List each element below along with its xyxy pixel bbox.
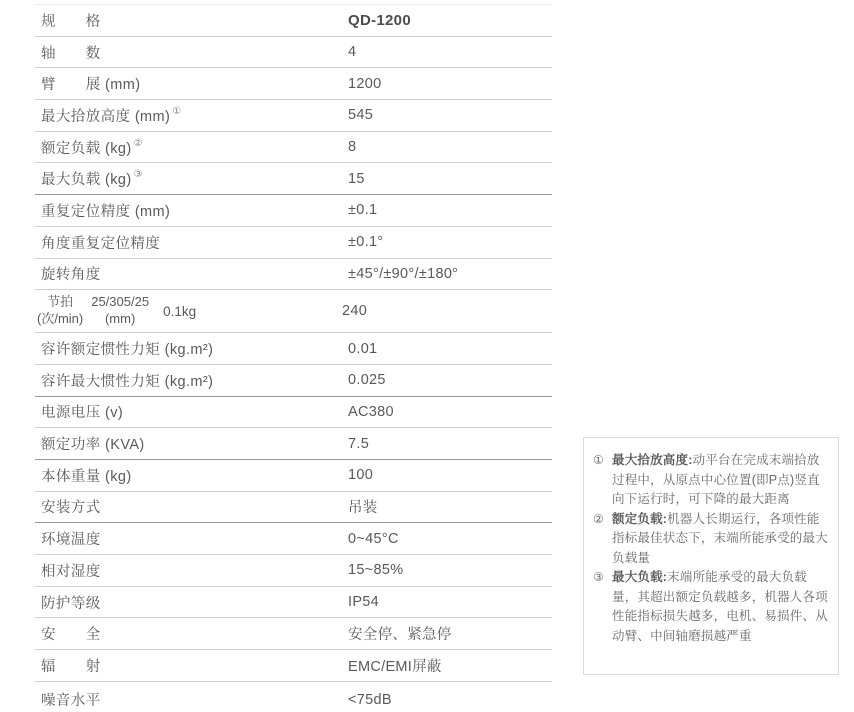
note-item: ③最大负载:末端所能承受的最大负载量，其超出额定负载越多，机器人各项性能指标损失… <box>593 568 830 646</box>
spec-label: 最大负载 (kg)③ <box>35 168 348 189</box>
spec-value: ±0.1° <box>348 234 552 250</box>
table-row: 防护等级IP54 <box>35 587 552 619</box>
table-row: 重复定位精度 (mm)±0.1 <box>35 195 552 227</box>
spec-value: QD-1200 <box>348 12 552 29</box>
spec-label: 轴 数 <box>35 42 348 63</box>
spec-value: ±45°/±90°/±180° <box>348 266 552 282</box>
spec-label: 安 全 <box>35 623 348 644</box>
note-reference-mark: ② <box>134 138 143 149</box>
table-row: 角度重复定位精度±0.1° <box>35 227 552 259</box>
spec-label: 最大拾放高度 (mm)① <box>35 105 348 126</box>
spec-label: 噪音水平 <box>35 689 348 710</box>
cycle-rate-top: 节拍 <box>37 294 83 311</box>
table-row: 旋转角度±45°/±90°/±180° <box>35 259 552 291</box>
table-row: 安 全安全停、紧急停 <box>35 618 552 650</box>
cycle-stroke-top: 25/305/25 <box>91 294 149 311</box>
spec-value: 吊装 <box>348 496 552 517</box>
note-number: ① <box>593 451 612 510</box>
note-reference-mark: ③ <box>134 169 143 180</box>
note-item: ①最大拾放高度:动平台在完成末端拾放过程中，从原点中心位置(即P点)竖直向下运行… <box>593 451 830 510</box>
note-text: 额定负载:机器人长期运行，各项性能指标最佳状态下，末端所能承受的最大负载量 <box>612 510 830 569</box>
spec-value: 0.025 <box>348 372 552 388</box>
spec-label: 容许额定惯性力矩 (kg.m²) <box>35 338 348 359</box>
table-row: 额定功率 (KVA)7.5 <box>35 428 552 460</box>
spec-label: 规 格 <box>35 10 348 31</box>
spec-label: 辐 射 <box>35 655 348 676</box>
table-row: 规 格QD-1200 <box>35 5 552 37</box>
spec-value: ±0.1 <box>348 202 552 218</box>
table-row: 节拍(次/min)25/305/25(mm)0.1kg240 <box>35 290 552 333</box>
spec-label: 额定负载 (kg)② <box>35 137 348 158</box>
table-row: 本体重量 (kg)100 <box>35 460 552 492</box>
table-row: 电源电压 (v)AC380 <box>35 397 552 429</box>
cycle-rate-bottom: (次/min) <box>37 311 83 328</box>
spec-label: 防护等级 <box>35 592 348 613</box>
spec-value: 100 <box>348 467 552 483</box>
table-row: 臂 展 (mm)1200 <box>35 68 552 100</box>
cycle-stroke-bottom: (mm) <box>91 311 149 328</box>
spec-value: AC380 <box>348 404 552 420</box>
note-term: 最大负载: <box>612 570 667 584</box>
spec-value: 0~45°C <box>348 531 552 547</box>
spec-value: 4 <box>348 44 552 60</box>
spec-label: 电源电压 (v) <box>35 401 348 422</box>
spec-label: 重复定位精度 (mm) <box>35 200 348 221</box>
cycle-stroke: 25/305/25(mm) <box>91 294 149 328</box>
spec-value: EMC/EMI屏蔽 <box>348 655 552 676</box>
spec-label: 环境温度 <box>35 528 348 549</box>
spec-value: 15~85% <box>348 562 552 578</box>
table-row: 辐 射EMC/EMI屏蔽 <box>35 650 552 682</box>
table-row: 容许额定惯性力矩 (kg.m²)0.01 <box>35 333 552 365</box>
table-row: 容许最大惯性力矩 (kg.m²)0.025 <box>35 365 552 397</box>
spec-label: 相对湿度 <box>35 560 348 581</box>
note-number: ② <box>593 510 612 569</box>
note-item: ②额定负载:机器人长期运行，各项性能指标最佳状态下，末端所能承受的最大负载量 <box>593 510 830 569</box>
spec-value: 1200 <box>348 76 552 92</box>
table-row: 安装方式吊装 <box>35 492 552 524</box>
spec-label: 安装方式 <box>35 496 348 517</box>
table-row: 相对湿度15~85% <box>35 555 552 587</box>
spec-label: 本体重量 (kg) <box>35 465 348 486</box>
cycle-load: 0.1kg <box>163 304 196 319</box>
spec-value: 7.5 <box>348 436 552 452</box>
spec-value: 545 <box>348 107 552 123</box>
note-text: 最大负载:末端所能承受的最大负载量，其超出额定负载越多，机器人各项性能指标损失越… <box>612 568 830 646</box>
spec-table: 规 格QD-1200轴 数4臂 展 (mm)1200最大拾放高度 (mm)①54… <box>35 4 552 712</box>
table-row: 最大负载 (kg)③15 <box>35 163 552 195</box>
spec-value: 8 <box>348 139 552 155</box>
spec-label: 臂 展 (mm) <box>35 73 348 94</box>
note-term: 最大拾放高度: <box>612 453 693 467</box>
spec-value: 240 <box>342 303 552 319</box>
spec-value: IP54 <box>348 594 552 610</box>
note-term: 额定负载: <box>612 512 667 526</box>
cycle-rate: 节拍(次/min) <box>37 294 83 328</box>
spec-label-cycle-time: 节拍(次/min)25/305/25(mm)0.1kg <box>35 294 342 328</box>
table-row: 最大拾放高度 (mm)①545 <box>35 100 552 132</box>
spec-value: 0.01 <box>348 341 552 357</box>
table-row: 环境温度0~45°C <box>35 523 552 555</box>
spec-value: <75dB <box>348 692 552 708</box>
table-row: 轴 数4 <box>35 37 552 69</box>
table-row: 额定负载 (kg)②8 <box>35 132 552 164</box>
note-text: 最大拾放高度:动平台在完成末端拾放过程中，从原点中心位置(即P点)竖直向下运行时… <box>612 451 830 510</box>
spec-label: 容许最大惯性力矩 (kg.m²) <box>35 370 348 391</box>
notes-box: ①最大拾放高度:动平台在完成末端拾放过程中，从原点中心位置(即P点)竖直向下运行… <box>583 437 839 675</box>
spec-value: 安全停、紧急停 <box>348 623 552 644</box>
spec-value: 15 <box>348 171 552 187</box>
spec-label: 角度重复定位精度 <box>35 232 348 253</box>
note-number: ③ <box>593 568 612 646</box>
spec-label: 额定功率 (KVA) <box>35 433 348 454</box>
table-row: 噪音水平<75dB <box>35 682 552 712</box>
note-reference-mark: ① <box>172 106 181 117</box>
spec-label: 旋转角度 <box>35 263 348 284</box>
